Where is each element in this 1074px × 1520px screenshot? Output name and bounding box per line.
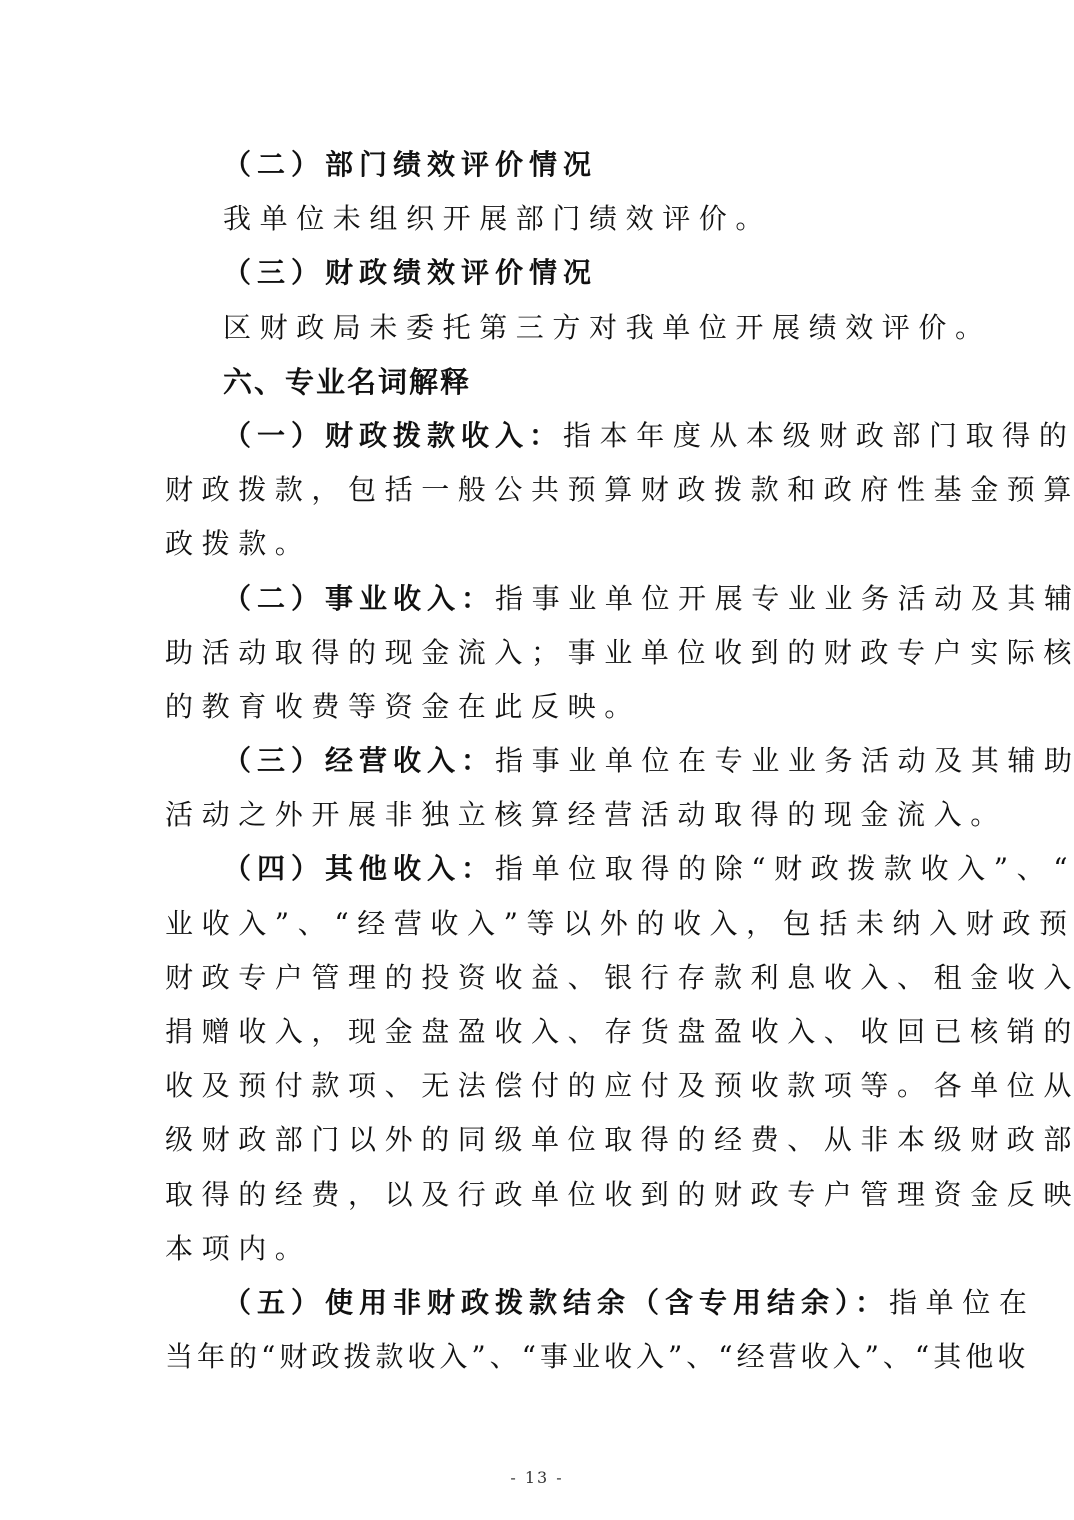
term-label: （三）经营收入： [223,744,495,777]
term-label: （四）其他收入： [223,852,495,885]
paragraph-department-evaluation: 我单位未组织开展部门绩效评价。 [165,192,911,246]
page-number: - 13 - [0,1468,1074,1487]
section-heading-department-evaluation: （二）部门绩效评价情况 [165,138,911,192]
term-label: （一）财政拨款收入： [223,419,563,452]
term-other-income-line-6: 级财政部门以外的同级单位取得的经费、从非本级财政部门 [165,1113,911,1167]
term-fiscal-appropriation-line-1: （一）财政拨款收入：指本年度从本级财政部门取得的 [165,409,911,463]
term-definition: 指事业单位开展专业业务活动及其辅 [495,582,1074,615]
term-business-income-line-1: （二）事业收入：指事业单位开展专业业务活动及其辅 [165,572,911,626]
term-business-income-line-3: 的教育收费等资金在此反映。 [165,680,911,734]
section-heading-finance-evaluation: （三）财政绩效评价情况 [165,246,911,300]
term-other-income-line-5: 收及预付款项、无法偿付的应付及预收款项等。各单位从本 [165,1059,911,1113]
term-other-income-line-1: （四）其他收入：指单位取得的除“财政拨款收入”、“事 [165,842,911,896]
term-other-income-line-2: 业收入”、“经营收入”等以外的收入，包括未纳入财政预算或 [165,897,911,951]
term-definition: 指本年度从本级财政部门取得的 [563,419,1074,452]
term-non-fiscal-surplus-line-2: 当年的“财政拨款收入”、“事业收入”、“经营收入”、“其他收 [165,1330,911,1384]
chapter-heading-terminology: 六、专业名词解释 [165,355,911,409]
document-page: （二）部门绩效评价情况 我单位未组织开展部门绩效评价。 （三）财政绩效评价情况 … [0,0,1074,1520]
term-operating-income-line-2: 活动之外开展非独立核算经营活动取得的现金流入。 [165,788,911,842]
page-content: （二）部门绩效评价情况 我单位未组织开展部门绩效评价。 （三）财政绩效评价情况 … [165,138,911,1384]
term-label: （五）使用非财政拨款结余（含专用结余）： [223,1286,889,1319]
term-other-income-line-8: 本项内。 [165,1222,911,1276]
term-fiscal-appropriation-line-3: 政拨款。 [165,517,911,571]
term-definition: 指事业单位在专业业务活动及其辅助 [495,744,1074,777]
term-other-income-line-3: 财政专户管理的投资收益、银行存款利息收入、租金收入、 [165,951,911,1005]
paragraph-finance-evaluation: 区财政局未委托第三方对我单位开展绩效评价。 [165,301,911,355]
term-other-income-line-7: 取得的经费，以及行政单位收到的财政专户管理资金反映在 [165,1168,911,1222]
term-business-income-line-2: 助活动取得的现金流入；事业单位收到的财政专户实际核拨 [165,626,911,680]
term-label: （二）事业收入： [223,582,495,615]
term-definition: 指单位取得的除“财政拨款收入”、“事 [495,852,1074,885]
term-definition: 指单位在 [889,1286,1035,1319]
term-non-fiscal-surplus-line-1: （五）使用非财政拨款结余（含专用结余）：指单位在 [165,1276,911,1330]
term-other-income-line-4: 捐赠收入，现金盘盈收入、存货盘盈收入、收回已核销的应 [165,1005,911,1059]
term-fiscal-appropriation-line-2: 财政拨款，包括一般公共预算财政拨款和政府性基金预算财 [165,463,911,517]
term-operating-income-line-1: （三）经营收入：指事业单位在专业业务活动及其辅助 [165,734,911,788]
